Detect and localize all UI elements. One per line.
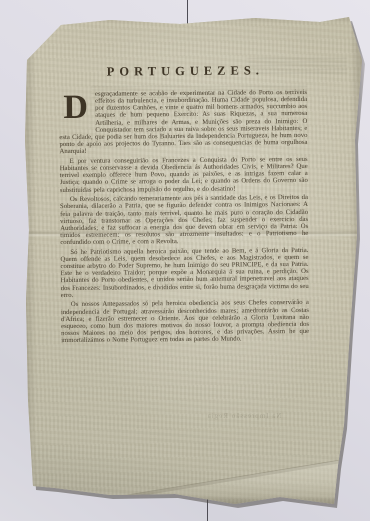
paragraph-3: Os Revoltosos, calcando temerariamente a…	[60, 194, 308, 246]
background-seam-line-top	[187, 0, 188, 24]
dropcap-initial: D	[59, 93, 92, 127]
document-sheet: Na Impressão Regia PORTUGUEZES. Desgraça…	[22, 14, 362, 510]
paragraph-4: Só he Patriotismo aquella heroica paixão…	[60, 247, 308, 299]
paragraph-1-text: esgraçadamente se acabão de experimentar…	[59, 89, 307, 155]
verso-imprint-showthrough: Na Impressão Regia	[194, 412, 294, 420]
paragraph-1: Desgraçadamente se acabão de experimenta…	[59, 89, 308, 156]
printed-text-block: PORTUGUEZES. Desgraçadamente se acabão d…	[59, 63, 309, 347]
paragraph-2: E por ventura conseguirião os Francezes …	[60, 156, 308, 194]
paragraph-5: Os nossos Antepassados só pela heroica o…	[61, 299, 309, 344]
document-title: PORTUGUEZES.	[59, 63, 307, 80]
photo-of-document: Na Impressão Regia PORTUGUEZES. Desgraça…	[0, 0, 370, 521]
